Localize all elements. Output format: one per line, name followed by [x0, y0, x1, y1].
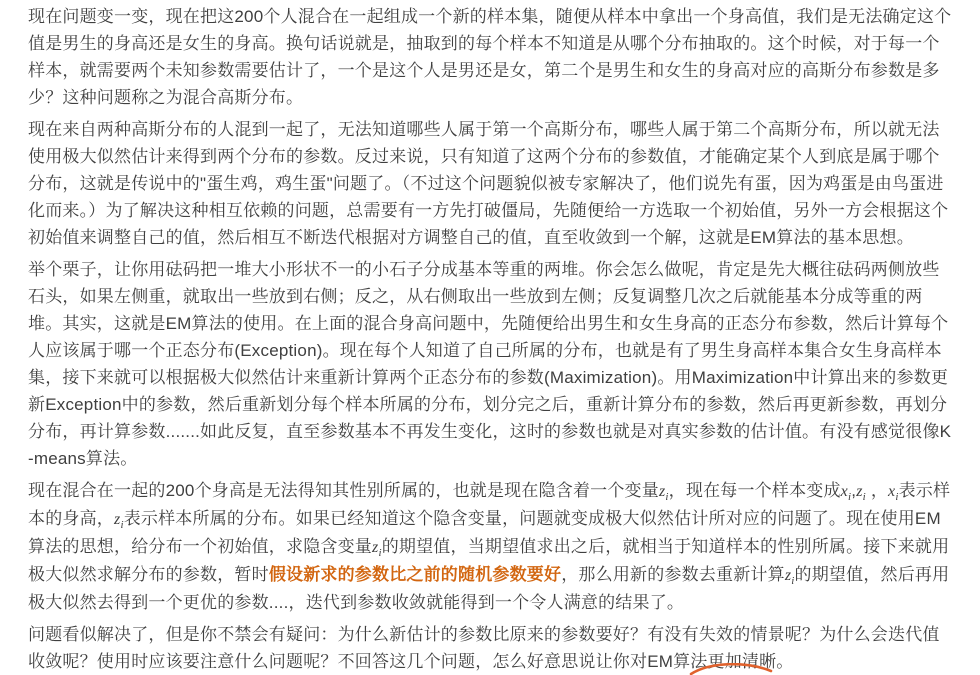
text-run: 现在混合在一起的200个身高是无法得知其性别所属的，也就是现在隐含着一个变量 — [28, 481, 659, 500]
text-run: 问题看似解决了，但是你不禁会有疑问：为什么新估计的参数比原来的参数要好？有没有失… — [28, 625, 940, 671]
math-var: xi — [888, 483, 899, 500]
math-var: zi — [372, 539, 382, 556]
math-var: xi — [841, 483, 852, 500]
text-run: 举个栗子，让你用砝码把一堆大小形状不一的小石子分成基本等重的两堆。你会怎么做呢，… — [28, 260, 951, 468]
text-run: 现在来自两种高斯分布的人混到一起了，无法知道哪些人属于第一个高斯分布，哪些人属于… — [28, 120, 948, 247]
article-body: 现在问题变一变，现在把这200个人混合在一起组成一个新的样本集，随便从样本中拿出… — [0, 0, 980, 675]
paragraph: 现在混合在一起的200个身高是无法得知其性别所属的，也就是现在隐含着一个变量zi… — [28, 477, 954, 616]
text-run: ，现在每一个样本变成 — [669, 481, 841, 500]
text-run: ，那么用新的参数去重新计算 — [561, 565, 785, 584]
math-var: zi — [659, 483, 669, 500]
paragraph: 举个栗子，让你用砝码把一堆大小形状不一的小石子分成基本等重的两堆。你会怎么做呢，… — [28, 256, 954, 472]
paragraph: 问题看似解决了，但是你不禁会有疑问：为什么新估计的参数比原来的参数要好？有没有失… — [28, 621, 954, 675]
text-run: ， — [866, 481, 888, 500]
paragraph: 现在来自两种高斯分布的人混到一起了，无法知道哪些人属于第一个高斯分布，哪些人属于… — [28, 116, 954, 251]
math-var: zi — [856, 483, 866, 500]
text-run: 现在问题变一变，现在把这200个人混合在一起组成一个新的样本集，随便从样本中拿出… — [28, 7, 951, 107]
math-var: zi — [785, 567, 795, 584]
paragraph: 现在问题变一变，现在把这200个人混合在一起组成一个新的样本集，随便从样本中拿出… — [28, 3, 954, 111]
math-var: zi — [114, 511, 124, 528]
highlight-text: 假设新求的参数比之前的随机参数要好 — [269, 565, 561, 584]
